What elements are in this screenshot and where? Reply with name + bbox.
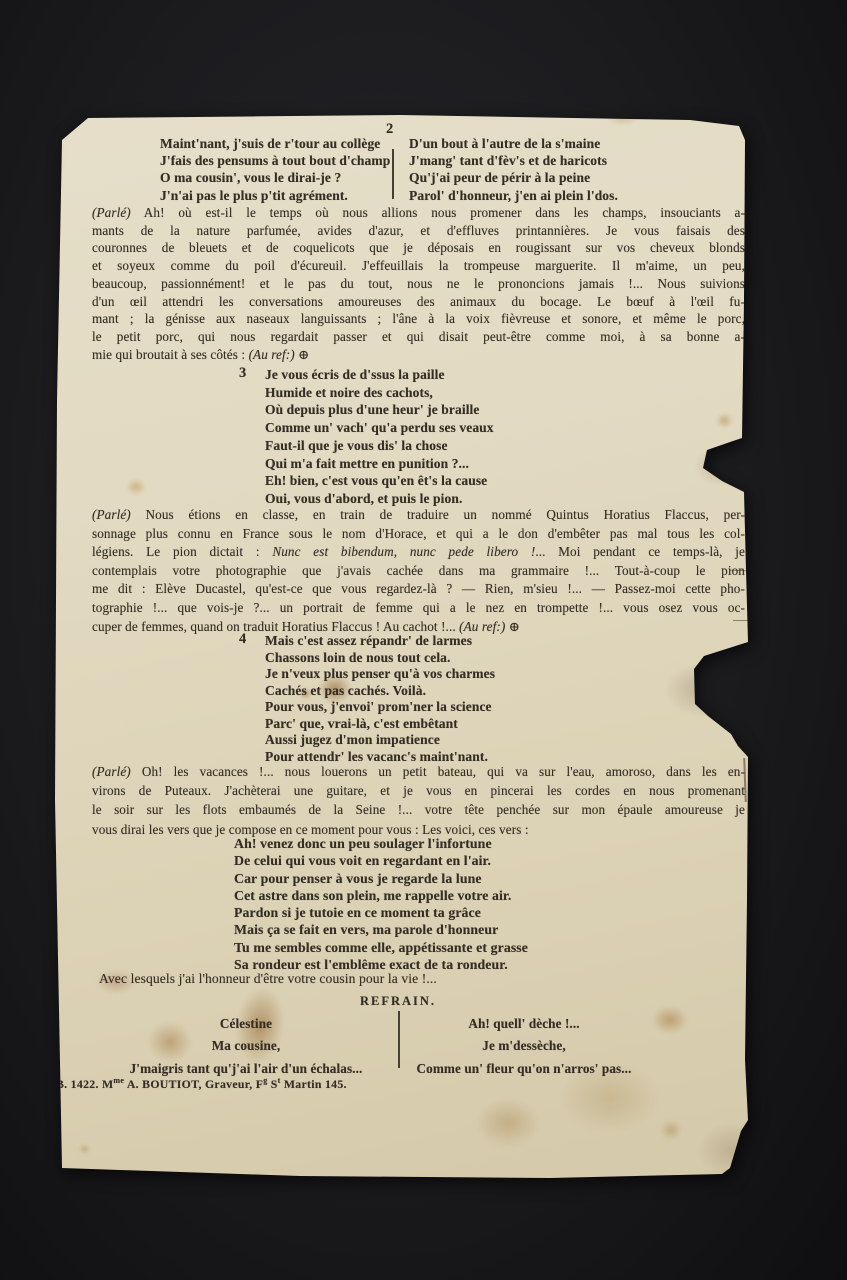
text-line: me dit : Elève Ducastel, qu'est-ce que v… xyxy=(92,580,745,599)
text-line: Je m'dessèche, xyxy=(374,1035,674,1057)
text-line: Car pour penser à vous je regarde la lun… xyxy=(234,870,528,887)
text-line: Ah! venez donc un peu soulager l'infortu… xyxy=(234,835,528,852)
text-line: Mais ça se fait en vers, ma parole d'hon… xyxy=(234,921,528,938)
text-line: d'un œil attendri les conversations amou… xyxy=(92,293,745,311)
spoken-paragraph-2: (Parlé) Nous étions en classe, en train … xyxy=(92,506,745,636)
text-line: le petit porc, qui nous regardait passer… xyxy=(92,328,745,346)
text-line: (Parlé) Oh! les vacances !... nous louer… xyxy=(92,762,745,781)
text-line: mie qui broutait à ses côtés : (Au ref:)… xyxy=(92,346,745,364)
text-line: D'un bout à l'autre de la s'maine xyxy=(409,135,618,152)
paper-stain xyxy=(476,1098,540,1148)
text-line: mant ; la génisse aux naseaux languissan… xyxy=(92,310,745,328)
text-line: Oui, vous d'abord, et puis le pion. xyxy=(265,490,494,508)
verse-3-number: 3 xyxy=(239,365,246,382)
paper-stain xyxy=(716,413,733,428)
text-line: tographie !... que vois-je ?... un portr… xyxy=(92,599,745,618)
text-line: Cachés et pas cachés. Voilà. xyxy=(265,683,495,700)
text-line: J'fais des pensums à tout bout d'champ xyxy=(160,152,390,169)
text-line: virons de Puteaux. J'achèterai une guita… xyxy=(92,781,745,800)
song-sheet-page: 2 Maint'nant, j'suis de r'tour au collèg… xyxy=(0,0,847,1280)
love-poem: Ah! venez donc un peu soulager l'infortu… xyxy=(234,835,528,973)
refrain-column-divider xyxy=(398,1011,400,1068)
text-line: Faut-il que je vous dis' la chose xyxy=(265,437,494,455)
paper-stain xyxy=(79,1144,90,1154)
text-line: Comme un' vach' qu'a perdu ses veaux xyxy=(265,419,494,437)
text-line: Ah! quell' dèche !... xyxy=(374,1013,674,1035)
verse-4-number: 4 xyxy=(239,631,246,648)
text-line: J'n'ai pas le plus p'tit agrément. xyxy=(160,187,390,204)
text-line: (Parlé) Ah! où est-il le temps où nous a… xyxy=(92,204,745,222)
text-line: Eh! bien, c'est vous qu'en êt's la cause xyxy=(265,472,494,490)
refrain-right-column: Ah! quell' dèche !...Je m'dessèche,Comme… xyxy=(374,1013,674,1080)
closing-line: Avec lesquels j'ai l'honneur d'être votr… xyxy=(99,971,437,987)
text-line: Je n'veux plus penser qu'à vos charmes xyxy=(265,666,495,683)
scan-photo-background: 2 Maint'nant, j'suis de r'tour au collèg… xyxy=(0,0,847,1280)
text-line: beaucoup, passionnément! et le pas du to… xyxy=(92,275,745,293)
text-line: contemplais votre photographie que j'ava… xyxy=(92,562,745,581)
text-line: Parol' d'honneur, j'en ai plein l'dos. xyxy=(409,187,618,204)
text-line: Tu me sembles comme elle, appétissante e… xyxy=(234,939,528,956)
text-line: Où depuis plus d'une heur' je braille xyxy=(265,401,494,419)
publisher-imprint: B. 1422. Mme A. BOUTIOT, Graveur, Fg St … xyxy=(56,1076,347,1092)
text-line: Je vous écris de d'ssus la paille xyxy=(265,366,494,384)
text-line: Aussi jugez d'mon impatience xyxy=(265,732,495,749)
refrain-left-column: CélestineMa cousine,J'maigris tant qu'j'… xyxy=(96,1013,396,1080)
text-line: Mais c'est assez répandr' de larmes xyxy=(265,633,495,650)
verse-2-left-column: Maint'nant, j'suis de r'tour au collègeJ… xyxy=(160,135,390,204)
text-line: Pardon si je tutoie en ce moment ta grâc… xyxy=(234,904,528,921)
text-line: légiens. Le pion dictait : Nunc est bibe… xyxy=(92,543,745,562)
text-line: Pour vous, j'envoi' prom'ner la science xyxy=(265,699,495,716)
text-line: Célestine xyxy=(96,1013,396,1035)
spoken-paragraph-1: (Parlé) Ah! où est-il le temps où nous a… xyxy=(92,204,745,363)
text-line: De celui qui vous voit en regardant en l… xyxy=(234,852,528,869)
text-line: Qu'j'ai peur de périr à la peine xyxy=(409,169,618,186)
text-line: O ma cousin', vous le dirai-je ? xyxy=(160,169,390,186)
text-line: Qui m'a fait mettre en punition ?... xyxy=(265,455,494,473)
text-line: Cet astre dans son plein, me rappelle vo… xyxy=(234,887,528,904)
text-line: le soir sur les flots embaumés de la Sei… xyxy=(92,800,745,819)
text-line: J'mang' tant d'fèv's et de haricots xyxy=(409,152,618,169)
spoken-paragraph-3: (Parlé) Oh! les vacances !... nous louer… xyxy=(92,762,745,839)
verse-column-divider xyxy=(392,149,394,199)
text-line: sonnage plus connu en France sous le nom… xyxy=(92,525,745,544)
text-line: Humide et noire des cachots, xyxy=(265,384,494,402)
text-line: Parc' que, vrai-là, c'est embêtant xyxy=(265,716,495,733)
text-line: Ma cousine, xyxy=(96,1035,396,1057)
paper-shadow-wrap: 2 Maint'nant, j'suis de r'tour au collèg… xyxy=(0,0,847,1280)
text-line: Comme un' fleur qu'on n'arros' pas... xyxy=(374,1058,674,1080)
paper-stain xyxy=(660,1120,682,1140)
paper-stain xyxy=(604,102,642,126)
verse-4: Mais c'est assez répandr' de larmesChass… xyxy=(265,633,495,765)
text-line: Maint'nant, j'suis de r'tour au collège xyxy=(160,135,390,152)
text-line: (Parlé) Nous étions en classe, en train … xyxy=(92,506,745,525)
verse-3: Je vous écris de d'ssus la pailleHumide … xyxy=(265,366,494,508)
text-line: couronnes de bleuets et de coquelicots q… xyxy=(92,239,745,257)
text-line: et soyeux comme du poil d'écureuil. J'ef… xyxy=(92,257,745,275)
refrain-heading: REFRAIN. xyxy=(343,994,453,1009)
paper-stain xyxy=(126,479,146,495)
text-line: mants de la nature parfumée, avides d'az… xyxy=(92,222,745,240)
verse-2-right-column: D'un bout à l'autre de la s'maineJ'mang'… xyxy=(409,135,618,204)
text-line: Chassons loin de nous tout cela. xyxy=(265,650,495,667)
